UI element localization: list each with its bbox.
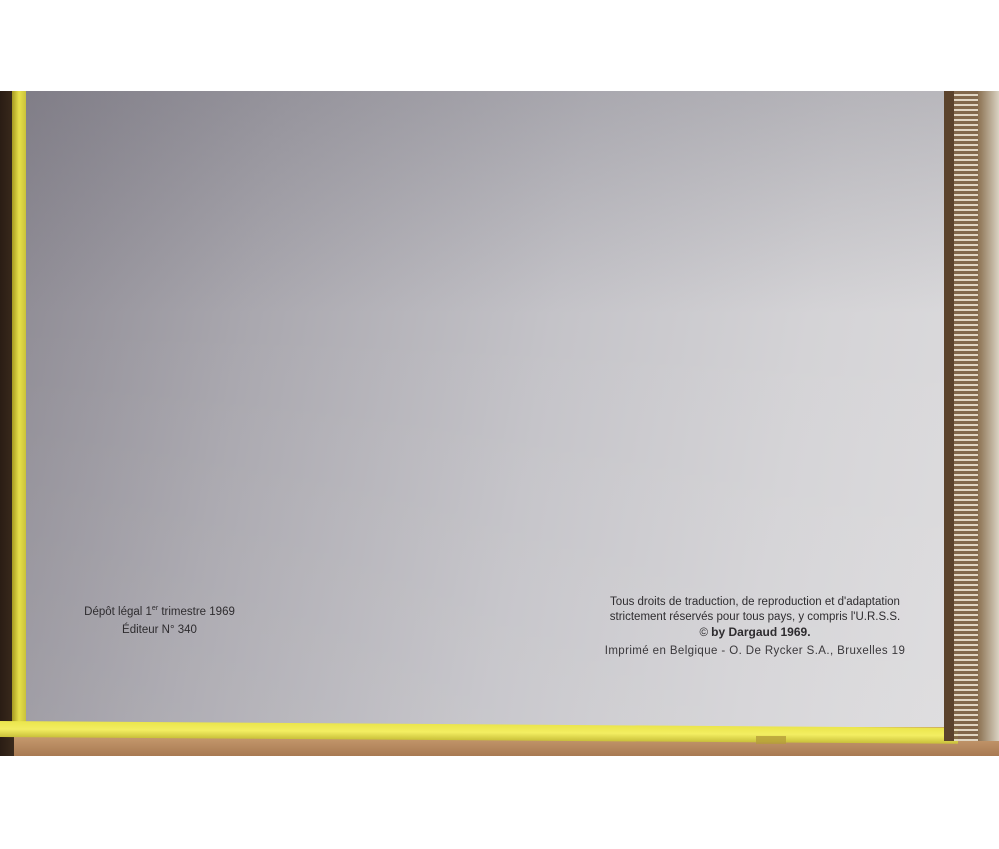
rights-block: Tous droits de traduction, de reproducti… [580,595,930,659]
printer-line: Imprimé en Belgique - O. De Rycker S.A.,… [580,644,930,659]
rights-line-2: strictement réservés pour tous pays, y c… [580,610,930,625]
copyright-icon: © [699,627,707,639]
legal-deposit-block: Dépôt légal 1er trimestre 1969 Éditeur N… [67,601,252,638]
binding-edge [978,91,999,741]
rights-line-1: Tous droits de traduction, de reproducti… [580,595,930,610]
cover-edge-left [12,91,26,731]
legal-deposit-prefix: Dépôt légal 1 [84,606,152,618]
copyright-text: by Dargaud 1969. [711,625,810,639]
copyright-line: © by Dargaud 1969. [580,625,930,641]
legal-deposit-line: Dépôt légal 1er trimestre 1969 [67,601,252,620]
tape-fragment [756,736,786,744]
binding-shadow [944,91,954,741]
legal-deposit-suffix: trimestre 1969 [158,606,235,618]
publisher-number: Éditeur N° 340 [67,623,252,638]
